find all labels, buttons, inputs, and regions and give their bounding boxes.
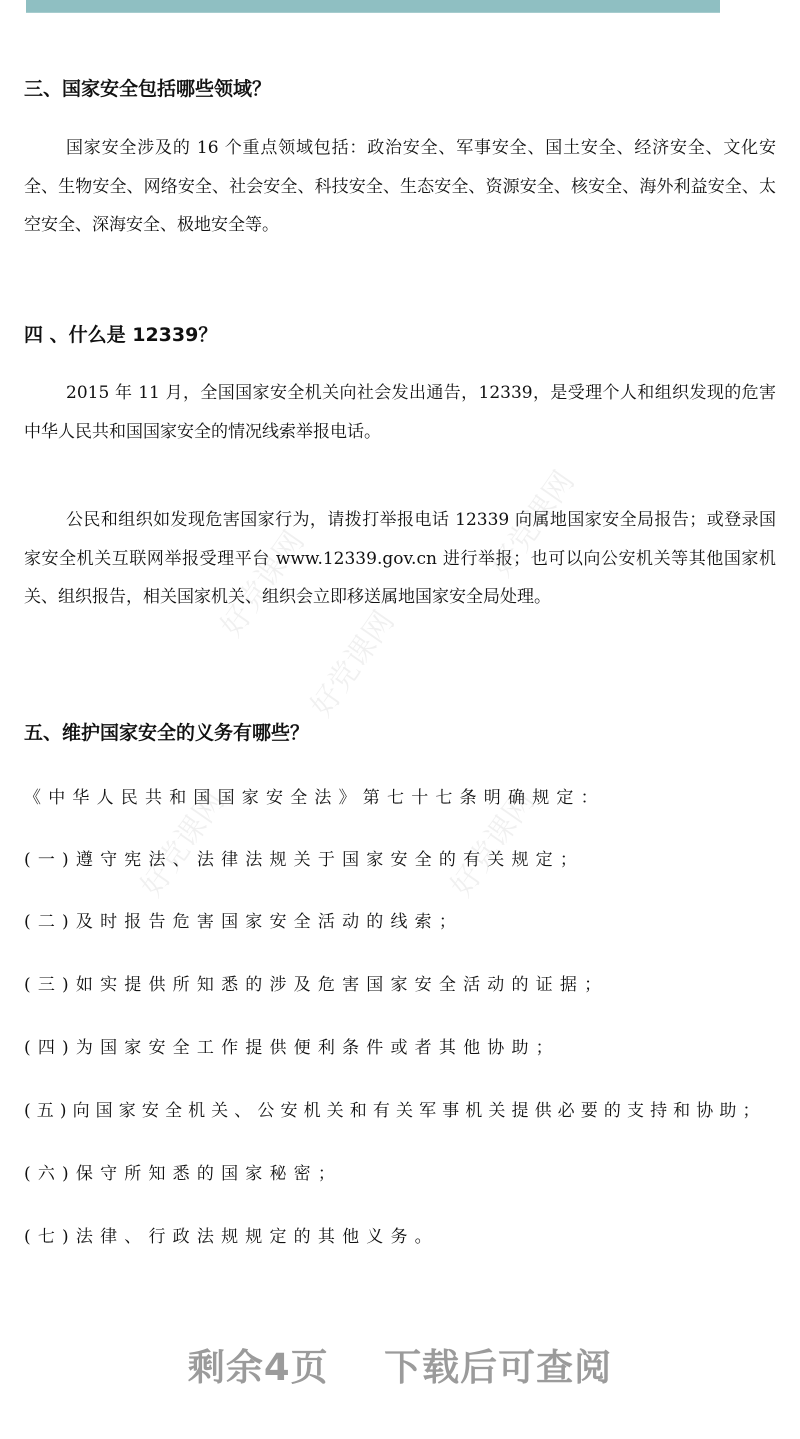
section-body-domains: 国家安全涉及的 16 个重点领域包括：政治安全、军事安全、国土安全、经济安全、文…: [24, 129, 776, 245]
paragraph-12339-intro: 2015 年 11 月，全国国家安全机关向社会发出通告，12339，是受理个人和…: [24, 374, 776, 451]
section-heading-domains: 三、国家安全包括哪些领域？: [24, 74, 271, 101]
watermark: 好党课网: [298, 600, 403, 724]
duty-item-3: (三)如实提供所知悉的涉及危害国家安全活动的证据；: [24, 970, 608, 995]
law-citation: 《中华人民共和国国家安全法》第七十七条明确规定：: [24, 783, 605, 808]
section-heading-12339: 四 、什么是 12339？: [24, 320, 217, 347]
duty-item-1: (一)遵守宪法、法律法规关于国家安全的有关规定；: [24, 845, 584, 870]
header-decorative-bar: [26, 0, 720, 13]
duty-item-5: (五)向国家安全机关、公安机关和有关军事机关提供必要的支持和协助；: [24, 1096, 766, 1121]
duty-item-4: (四)为国家安全工作提供便利条件或者其他协助；: [24, 1033, 560, 1058]
duty-item-6: (六)保守所知悉的国家秘密；: [24, 1159, 342, 1184]
paragraph-12339-report: 公民和组织如发现危害国家行为，请拨打举报电话 12339 向属地国家安全局报告；…: [24, 501, 776, 617]
remaining-pages-label: 剩余4页: [188, 1346, 329, 1389]
section-heading-duties: 五、维护国家安全的义务有哪些？: [24, 718, 309, 745]
duty-item-7: (七)法律、行政法规规定的其他义务。: [24, 1222, 439, 1247]
download-prompt[interactable]: 剩余4页 下载后可查阅: [0, 1337, 800, 1391]
download-to-view-label: 下载后可查阅: [384, 1346, 612, 1389]
duty-item-2: (二)及时报告危害国家安全活动的线索；: [24, 907, 463, 932]
